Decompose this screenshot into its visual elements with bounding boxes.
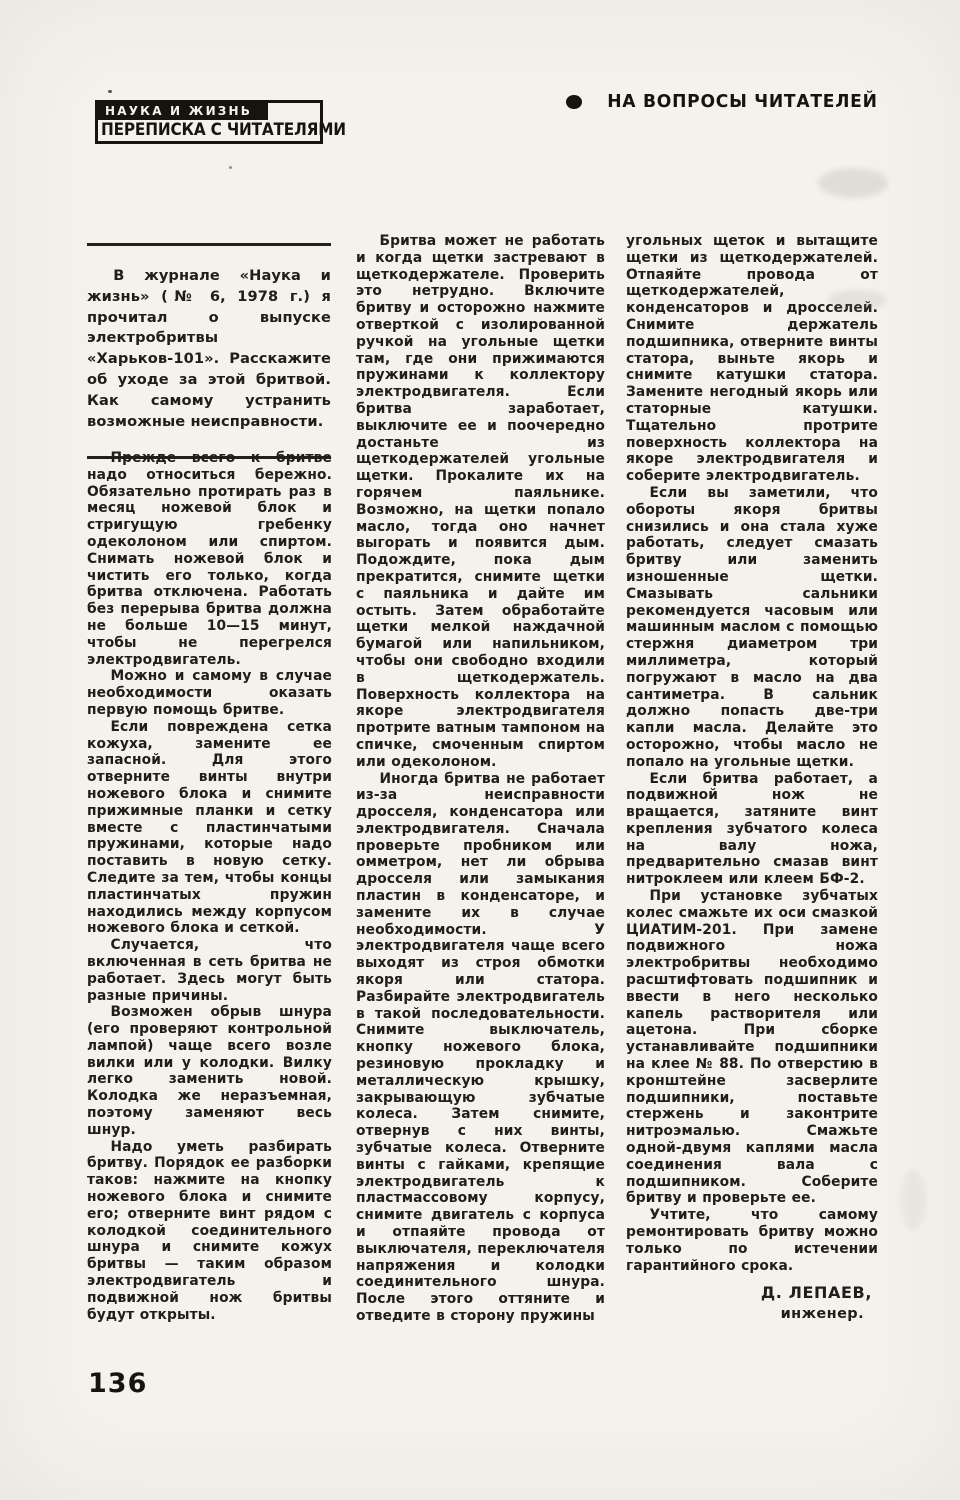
article-column-2: Бритва может не работать и когда щетки з… [356, 233, 605, 1325]
paragraph: Бритва может не работать и когда щетки з… [356, 233, 605, 771]
scan-smudge [900, 1170, 926, 1230]
paragraph: Учтите, что самому ремонтировать бритву … [626, 1207, 878, 1274]
paragraph: При установке зубчатых колес смажьте их … [626, 888, 878, 1207]
article-column-3: угольных щеток и вытащите щетки из щетко… [626, 233, 878, 1324]
paragraph-continuation: угольных щеток и вытащите щетки из щетко… [626, 233, 878, 485]
paragraph: Возможен обрыв шнура (его проверяют конт… [87, 1004, 332, 1138]
paragraph: Прежде всего к бритве надо относиться бе… [87, 450, 332, 668]
reader-question-block: В журнале «Наука и жизнь» (№ 6, 1978 г.)… [87, 243, 331, 459]
reader-question-text: В журнале «Наука и жизнь» (№ 6, 1978 г.)… [87, 266, 331, 432]
paragraph: Можно и самому в случае необходимости ок… [87, 668, 332, 718]
author-name: Д. ЛЕПАЕВ, [626, 1282, 878, 1304]
article-column-1: Прежде всего к бритве надо относиться бе… [87, 450, 332, 1323]
magazine-page: НАУКА И ЖИЗНЬ ПЕРЕПИСКА С ЧИТАТЕЛЯМИ НА … [0, 0, 960, 1500]
paragraph: Случается, что включенная в сеть бритва … [87, 937, 332, 1004]
magazine-logo-badge: НАУКА И ЖИЗНЬ ПЕРЕПИСКА С ЧИТАТЕЛЯМИ [95, 100, 323, 144]
scan-speck [108, 90, 112, 93]
paragraph: Если повреждена сетка кожуха, замените е… [87, 719, 332, 937]
page-number: 136 [88, 1368, 147, 1399]
paragraph: Иногда бритва не работает из-за неисправ… [356, 771, 605, 1325]
author-signature: Д. ЛЕПАЕВ, инженер. [626, 1282, 878, 1324]
section-title-label: НА ВОПРОСЫ ЧИТАТЕЛЕЙ [608, 91, 878, 112]
paragraph: Надо уметь разбирать бритву. Порядок ее … [87, 1139, 332, 1324]
bullet-icon [566, 95, 582, 109]
paragraph: Если бритва работает, а подвижной нож не… [626, 771, 878, 889]
scan-smudge [818, 168, 888, 198]
magazine-name-label: НАУКА И ЖИЗНЬ [98, 103, 268, 120]
rubric-title-label: ПЕРЕПИСКА С ЧИТАТЕЛЯМИ [101, 120, 346, 141]
paragraph: Если вы заметили, что обороты якоря брит… [626, 485, 878, 771]
author-role: инженер. [626, 1304, 878, 1324]
section-heading: НА ВОПРОСЫ ЧИТАТЕЛЕЙ [566, 91, 878, 112]
scan-speck [229, 166, 232, 169]
